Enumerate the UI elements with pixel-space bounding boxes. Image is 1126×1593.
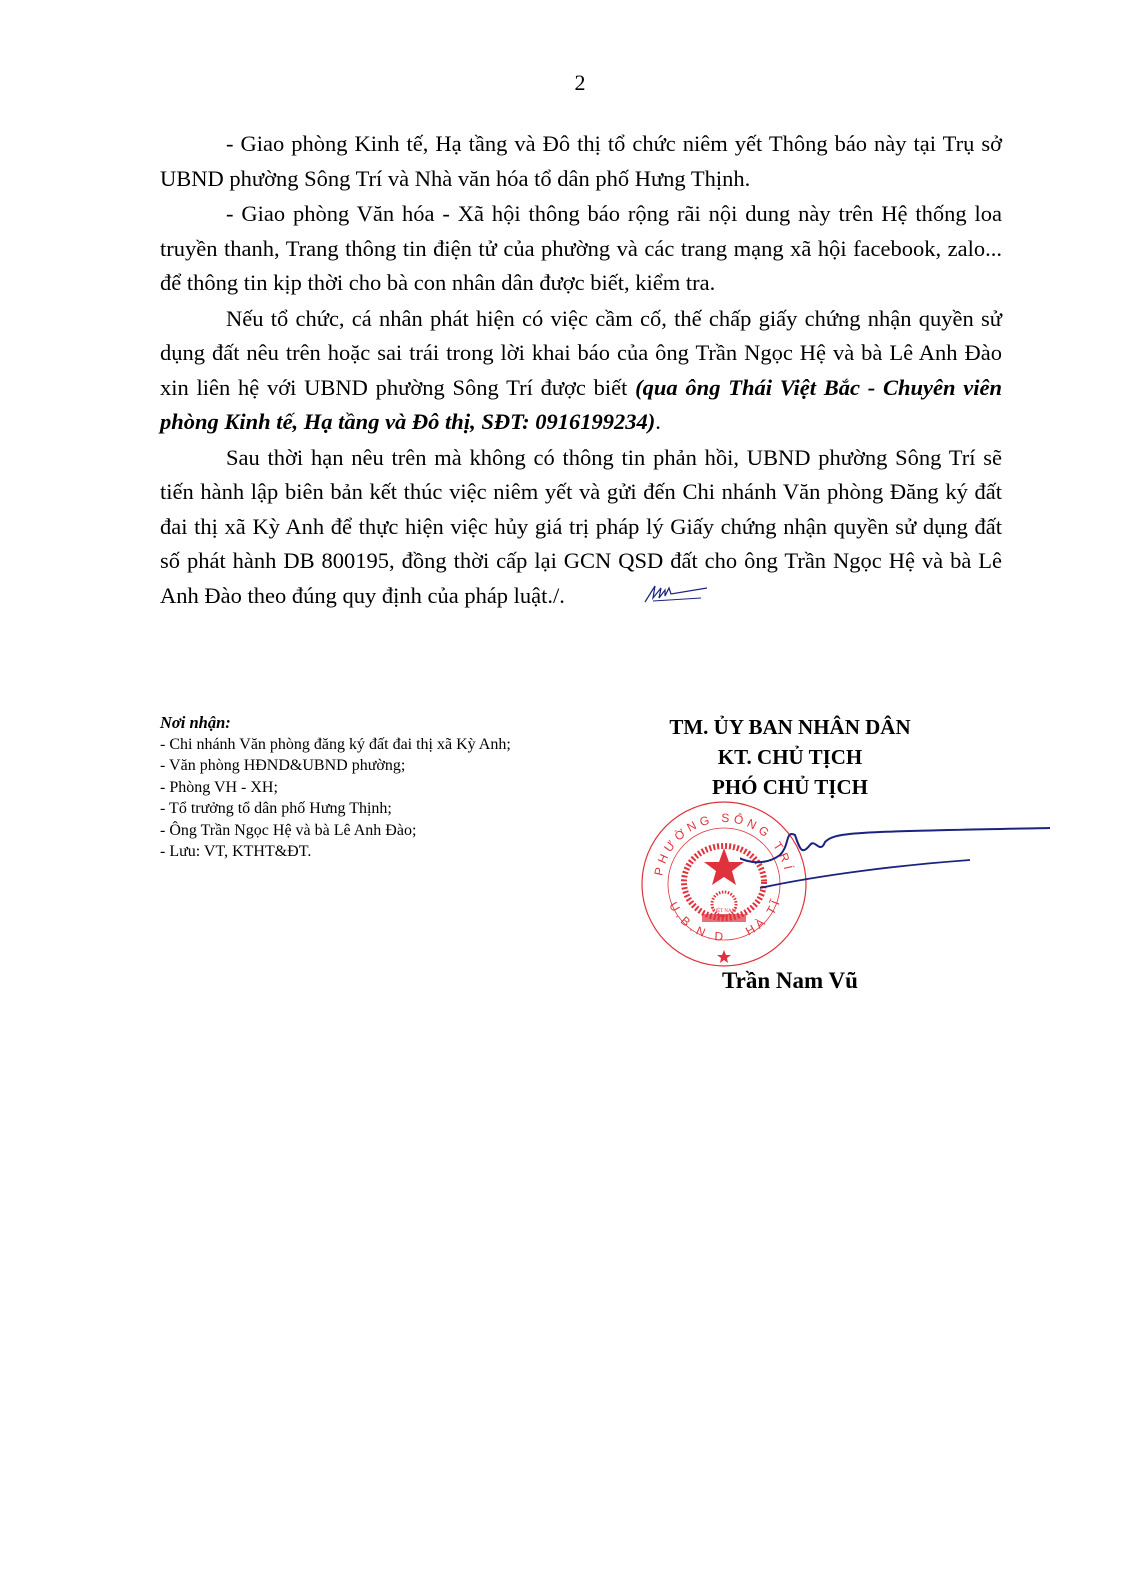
document-body: - Giao phòng Kinh tế, Hạ tầng và Đô thị … [160,127,1002,616]
paragraph-tail: . [655,409,661,434]
recipient-item: - Lưu: VT, KTHT&ĐT. [160,841,600,863]
paragraph-text: - Giao phòng Văn hóa - Xã hội thông báo … [160,201,1002,295]
signature-block: TM. ỦY BAN NHÂN DÂN KT. CHỦ TỊCH PHÓ CHỦ… [630,712,950,802]
page-number: 2 [0,70,1126,96]
recipient-item: - Chi nhánh Văn phòng đăng ký đất đai th… [160,734,600,756]
recipient-item: - Ông Trần Ngọc Hệ và bà Lê Anh Đào; [160,820,600,842]
signature-title: PHÓ CHỦ TỊCH [630,772,950,802]
signature-authority: KT. CHỦ TỊCH [630,742,950,772]
recipient-item: - Phòng VH - XH; [160,777,600,799]
recipient-item: - Văn phòng HĐND&UBND phường; [160,755,600,777]
paragraph-broadcast: - Giao phòng Văn hóa - Xã hội thông báo … [160,197,1002,301]
paragraph-posting: - Giao phòng Kinh tế, Hạ tầng và Đô thị … [160,127,1002,196]
svg-text:VIỆT NAM: VIỆT NAM [712,908,737,914]
signature-org: TM. ỦY BAN NHÂN DÂN [630,712,950,742]
signer-name: Trần Nam Vũ [630,968,950,994]
recipients-list: Nơi nhận: - Chi nhánh Văn phòng đăng ký … [160,712,600,863]
paragraph-contact: Nếu tổ chức, cá nhân phát hiện có việc c… [160,302,1002,440]
initials-signature-icon [575,580,711,615]
recipients-title: Nơi nhận: [160,712,600,734]
paragraph-conclusion: Sau thời hạn nêu trên mà không có thông … [160,441,1002,615]
paragraph-text: - Giao phòng Kinh tế, Hạ tầng và Đô thị … [160,131,1002,191]
recipient-item: - Tổ trưởng tổ dân phố Hưng Thịnh; [160,798,600,820]
handwritten-signature-icon [740,820,1060,910]
